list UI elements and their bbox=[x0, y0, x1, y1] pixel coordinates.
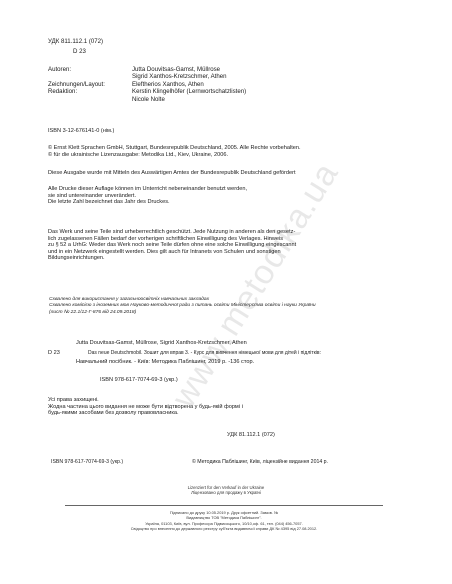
printing-note: Alle Drucke dieser Auflage können im Unt… bbox=[48, 186, 247, 206]
copyright-line: © Ernst Klett Sprachen GmbH, Stuttgart, … bbox=[48, 145, 301, 152]
legal-line: Bildungseinrichtungen. bbox=[48, 255, 296, 262]
approval-line: (лист № 22.1/12-Г-876 від 24.09.2018) bbox=[49, 310, 316, 316]
legal-line: Das Werk und seine Teile sind urheberrec… bbox=[48, 229, 296, 236]
legal-note: Das Werk und seine Teile sind urheberrec… bbox=[48, 229, 296, 262]
credit-value: Jutta Douvitsas-Gamst, Müllrose bbox=[132, 66, 227, 73]
catalog-authors: Jutta Douvitsas-Gamst, Müllrose, Sigrid … bbox=[76, 340, 247, 347]
rights-line: Усі права захищені. bbox=[48, 397, 243, 404]
catalog-title-2: Навчальний посібник. - Київ: Методика Па… bbox=[76, 359, 254, 366]
watermark: www.metodika.ua bbox=[165, 174, 336, 415]
credit-editors: Redaktion: Kerstin Klingelhöfer (Lernwor… bbox=[48, 88, 246, 103]
rights-line: будь-якими засобами без дозволу правовла… bbox=[48, 410, 243, 417]
license-note: Lizenziert für den Verkauf in der Ukrain… bbox=[116, 485, 336, 495]
printing-line: Die letzte Zahl bezeichnet das Jahr des … bbox=[48, 199, 247, 206]
catalog-code: D 23 bbox=[73, 48, 86, 55]
udk-code: УДК 811.112.1 (072) bbox=[48, 38, 103, 45]
approval-line: Схвалено комісією з іноземних мов Науков… bbox=[49, 303, 316, 309]
credit-value: Eleftherios Xanthos, Athen bbox=[132, 81, 204, 88]
credit-value: Nicole Nolte bbox=[132, 96, 246, 103]
catalog-code-2: D 23 bbox=[48, 350, 60, 357]
credit-value: Sigrid Xanthos-Kretzschmer, Athen bbox=[132, 73, 227, 80]
license-line: Ліцензовано для продажу в Україні bbox=[116, 490, 336, 495]
rights-ukrainian: Усі права захищені. Жодна частина цього … bbox=[48, 397, 243, 417]
catalog-title: Das neue Deutschmobil. Зошит для вправ 3… bbox=[88, 350, 321, 357]
rights-line: Жодна частина цього видання не може бути… bbox=[48, 404, 243, 411]
catalog-isbn: ISBN 978-617-7074-69-3 (укр.) bbox=[100, 377, 178, 384]
copyright-block: © Ernst Klett Sprachen GmbH, Stuttgart, … bbox=[48, 145, 301, 158]
legal-line: zu § 52 a UrhG: Weder das Werk noch sein… bbox=[48, 242, 296, 249]
legal-line: lich zugelassenen Fällen bedarf der vorh… bbox=[48, 236, 296, 243]
isbn-german: ISBN 3-12-676141-0 (нім.) bbox=[48, 128, 114, 135]
credit-label: Redaktion: bbox=[48, 88, 132, 103]
approval-note: Схвалено для використання у загальноосві… bbox=[49, 297, 316, 316]
credits-block: Autoren: Jutta Douvitsas-Gamst, Müllrose… bbox=[48, 66, 246, 103]
imprint-block: Підписано до друку 10.05.2019 р. Друк оф… bbox=[65, 510, 383, 532]
footer-copyright: © Методика Паблішинг, Київ, ліцензійне в… bbox=[192, 459, 328, 466]
credit-label: Zeichnungen/Layout: bbox=[48, 81, 132, 88]
copyright-line: © für die ukrainische Lizenzausgabe: Met… bbox=[48, 152, 301, 159]
legal-line: und in ein Netzwerk eingestellt werden. … bbox=[48, 249, 296, 256]
udk-right: УДК 81.112.1 (072) bbox=[227, 432, 275, 439]
credit-label: Autoren: bbox=[48, 66, 132, 81]
divider bbox=[65, 505, 383, 506]
footer-isbn: ISBN 978-617-7074-69-3 (укр.) bbox=[51, 459, 123, 466]
credit-value: Kerstin Klingelhöfer (Lernwortschatzlist… bbox=[132, 88, 246, 95]
printing-line: Alle Drucke dieser Auflage können im Unt… bbox=[48, 186, 247, 193]
credit-authors: Autoren: Jutta Douvitsas-Gamst, Müllrose… bbox=[48, 66, 246, 81]
funding-note: Diese Ausgabe wurde mit Mitteln des Ausw… bbox=[48, 170, 296, 177]
credit-layout: Zeichnungen/Layout: Eleftherios Xanthos,… bbox=[48, 81, 246, 88]
imprint-line: Свідоцтво про внесення до державного реє… bbox=[65, 526, 383, 531]
printing-line: sie sind untereinander unverändert. bbox=[48, 193, 247, 200]
